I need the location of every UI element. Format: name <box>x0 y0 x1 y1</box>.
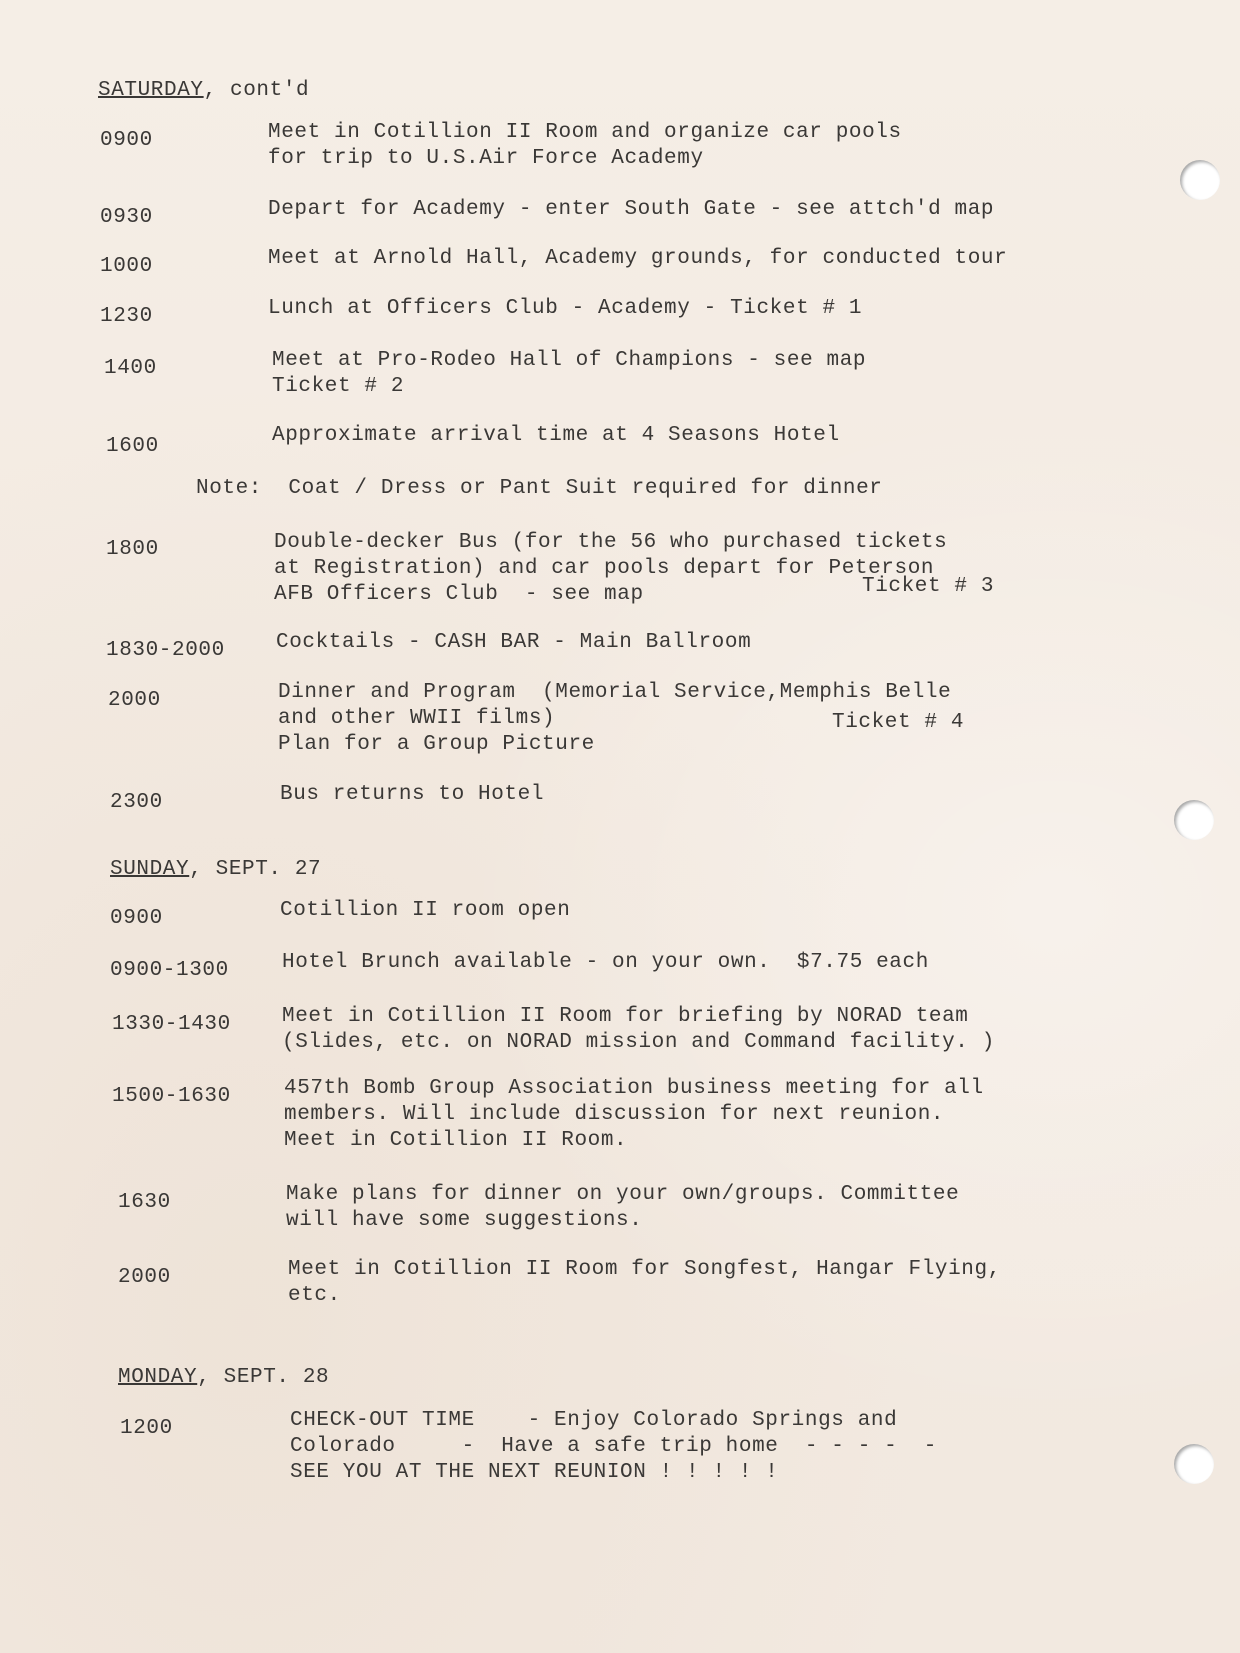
day-name: SATURDAY <box>98 79 204 102</box>
event-time: 1500-1630 <box>112 1084 231 1110</box>
event-time: 2000 <box>108 688 161 714</box>
event-time: 1830-2000 <box>106 638 225 664</box>
event-time: 2000 <box>118 1265 171 1291</box>
event-description-line: Lunch at Officers Club - Academy - Ticke… <box>268 296 862 322</box>
event-description-line: Depart for Academy - enter South Gate - … <box>268 197 994 223</box>
event-description-line: Double-decker Bus (for the 56 who purcha… <box>274 530 947 556</box>
event-description-line: Colorado - Have a safe trip home - - - -… <box>290 1434 937 1460</box>
event-description-line: Meet in Cotillion II Room for Songfest, … <box>288 1257 1001 1283</box>
event-time: 0930 <box>100 205 153 231</box>
event-description-line: SEE YOU AT THE NEXT REUNION ! ! ! ! ! <box>290 1460 778 1486</box>
event-description-line: Hotel Brunch available - on your own. $7… <box>282 950 929 976</box>
day-name: SUNDAY <box>110 858 189 881</box>
event-description-line: Cotillion II room open <box>280 898 570 924</box>
event-description-line: Meet in Cotillion II Room and organize c… <box>268 120 902 146</box>
event-description-line: Meet in Cotillion II Room. <box>284 1128 627 1154</box>
punch-hole-bottom <box>1174 1444 1214 1484</box>
dress-code-note: Note: Coat / Dress or Pant Suit required… <box>196 476 883 502</box>
event-description-line: for trip to U.S.Air Force Academy <box>268 146 704 172</box>
event-time: 0900 <box>100 128 153 154</box>
event-description-line: (Slides, etc. on NORAD mission and Comma… <box>282 1030 995 1056</box>
event-description-line: Cocktails - CASH BAR - Main Ballroom <box>276 630 751 656</box>
event-time: 1630 <box>118 1190 171 1216</box>
event-time: 1000 <box>100 254 153 280</box>
event-time: 1230 <box>100 304 153 330</box>
event-time: 1600 <box>106 434 159 460</box>
event-description-line: Approximate arrival time at 4 Seasons Ho… <box>272 423 840 449</box>
day-heading: SATURDAY, cont'd <box>98 78 309 104</box>
event-description-line: 457th Bomb Group Association business me… <box>284 1076 984 1102</box>
event-description-line: Make plans for dinner on your own/groups… <box>286 1182 959 1208</box>
event-description-line: Plan for a Group Picture <box>278 732 595 758</box>
event-time: 0900-1300 <box>110 958 229 984</box>
event-description-line: Ticket # 2 <box>272 374 404 400</box>
punch-hole-middle <box>1174 800 1214 840</box>
event-time: 1330-1430 <box>112 1012 231 1038</box>
event-description-line: at Registration) and car pools depart fo… <box>274 556 934 582</box>
punch-hole-top <box>1180 160 1220 200</box>
event-description-line: Bus returns to Hotel <box>280 782 544 808</box>
day-name: MONDAY <box>118 1366 197 1389</box>
event-description-line: Meet at Pro-Rodeo Hall of Champions - se… <box>272 348 866 374</box>
event-description-line: Dinner and Program (Memorial Service,Mem… <box>278 680 951 706</box>
ticket-number: Ticket # 4 <box>832 710 964 736</box>
event-description-line: etc. <box>288 1283 341 1309</box>
event-description-line: CHECK-OUT TIME - Enjoy Colorado Springs … <box>290 1408 897 1434</box>
day-heading: SUNDAY, SEPT. 27 <box>110 857 321 883</box>
event-time: 1800 <box>106 537 159 563</box>
event-description-line: Meet in Cotillion II Room for briefing b… <box>282 1004 969 1030</box>
event-description-line: members. Will include discussion for nex… <box>284 1102 944 1128</box>
event-time: 1400 <box>104 356 157 382</box>
day-heading: MONDAY, SEPT. 28 <box>118 1365 329 1391</box>
event-description-line: Meet at Arnold Hall, Academy grounds, fo… <box>268 246 1007 272</box>
ticket-number: Ticket # 3 <box>862 574 994 600</box>
event-time: 2300 <box>110 790 163 816</box>
day-date: , cont'd <box>204 79 310 102</box>
event-description-line: and other WWII films) <box>278 706 555 732</box>
day-date: , SEPT. 27 <box>189 858 321 881</box>
event-time: 0900 <box>110 906 163 932</box>
event-time: 1200 <box>120 1416 173 1442</box>
day-date: , SEPT. 28 <box>197 1366 329 1389</box>
event-description-line: AFB Officers Club - see map <box>274 582 644 608</box>
event-description-line: will have some suggestions. <box>286 1208 642 1234</box>
